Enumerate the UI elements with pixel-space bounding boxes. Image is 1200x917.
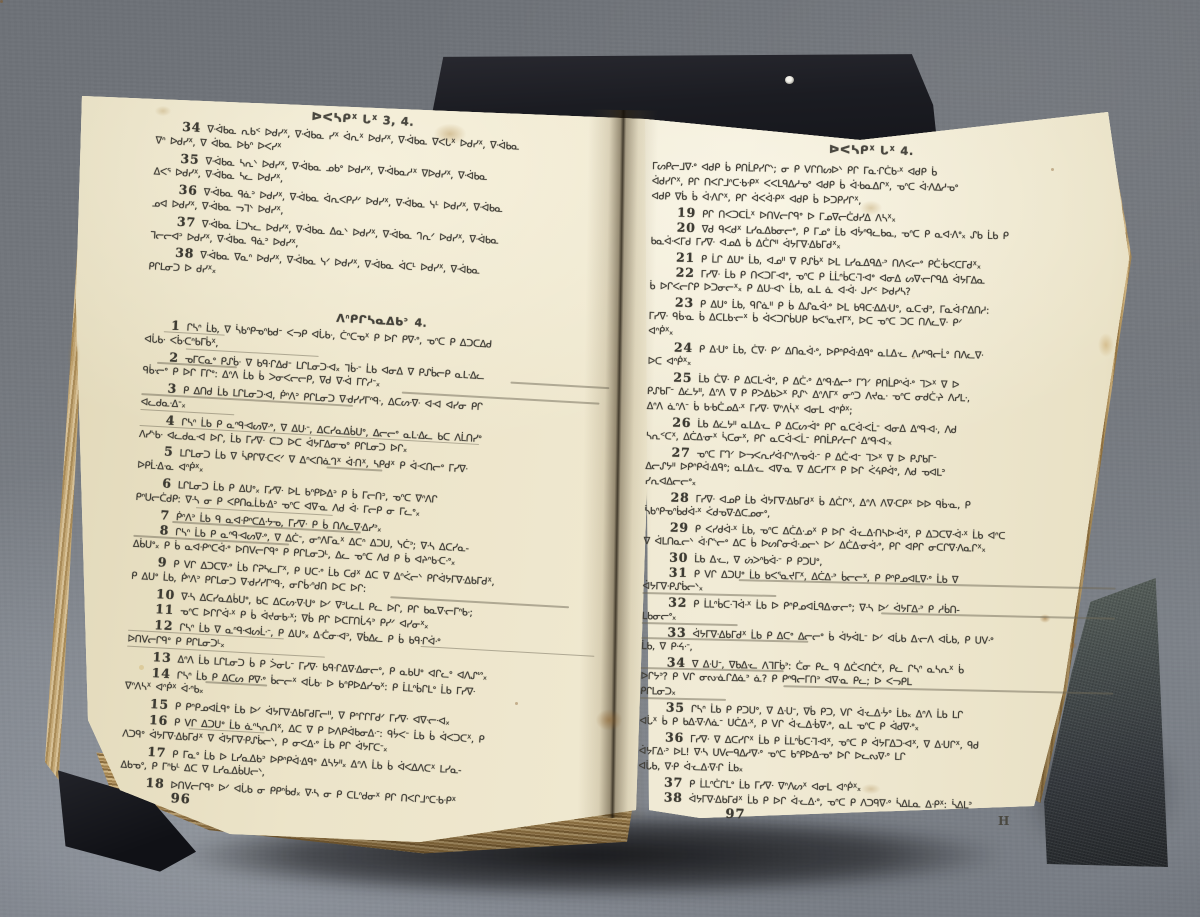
page-stain	[592, 706, 626, 734]
foxing-spots	[0, 0, 3, 3]
left-page-lines: 34ᐁᐧᐋᑲᓇ ᕆᑲᑉ ᐅᑯᓯᕽ, ᐁᐧᐋᑲᓇ ᓯᕽ ᐋᕆᕽ ᐅᑯᓯᕽ, ᐁᐧᐋ…	[119, 117, 628, 815]
verse-number: 23	[675, 295, 700, 311]
verse-number: 35	[180, 150, 206, 166]
verse-number: 36	[178, 182, 204, 198]
photo-scene: ᐅᐸᓴᑭᕽ ᒐᕽ 3, 4. 34ᐁᐧᐋᑲᓇ ᕆᑲᑉ ᐅᑯᓯᕽ, ᐁᐧᐋᑲᓇ ᓯ…	[0, 0, 1200, 917]
verse-number: 13	[152, 649, 178, 665]
signature-mark: H	[998, 814, 1010, 828]
syllabics-text: ᒪᑲᓂᓕᐤ᙮	[642, 611, 676, 623]
verse-number: 31	[669, 565, 694, 581]
verse-number: 28	[670, 490, 695, 506]
verse-number: 27	[671, 445, 696, 461]
verse-number: 37	[177, 214, 203, 230]
verse-number: 32	[668, 595, 693, 611]
verse-number: 26	[672, 415, 697, 431]
syllabics-text: ᐅᑭᒫᐧᐃᐧᓇ ᐊᐢᑮᕽ᙮	[137, 460, 203, 475]
right-page-lines: ᒥᔕᑭᓕᒧᐁᐧᐤ ᐊᑯᑭ ᑳ ᑭᑎᒫᑭᓯᒋᐠ; ᓂ ᑭ ᐯᒋᑎᔕᐅᐠ ᑭᒋ ᒥᓇ…	[638, 159, 1131, 815]
syllabics-text: ᒫᑲ, ᐁ ᑭᐧᔦᐧᐨ,	[641, 641, 692, 653]
verse-number: 29	[670, 520, 695, 536]
verse-number: 36	[665, 730, 690, 746]
right-page-text: ᐅᐸᓴᑭᕽ ᒐᕽ 4. ᒥᔕᑭᓕᒧᐁᐧᐤ ᐊᑯᑭ ᑳ ᑭᑎᒫᑭᓯᒋᐠ; ᓂ ᑭ …	[637, 138, 1130, 831]
verse-number: 20	[677, 220, 702, 236]
verse-number: 16	[149, 712, 175, 728]
verse-number: 24	[674, 340, 699, 356]
syllabics-text: ᐊᒑᑲ, ᐁᐧᑭ ᐋᐧᓚᐃᐧᐁᐧᒋ ᒫᑲ᙮	[638, 761, 742, 774]
syllabics-text: ᓯᕆᐊᐃᓕᓕᐤ᙮	[645, 476, 696, 488]
verse-number: 34	[182, 119, 208, 135]
verse-number: 14	[151, 665, 177, 681]
verse-number: 5	[164, 444, 180, 460]
verse-number: 9	[158, 554, 174, 570]
verse-number: 19	[677, 205, 702, 221]
syllabics-text: ᐅᑕ ᐊᐢᑮᕽ᙮	[648, 356, 691, 368]
syllabics-text: ᐁᐢᐱᓴᕽ ᐊᐢᑮᕽ ᐋᐧᐢᑲ᙮	[125, 681, 204, 696]
page-stain	[66, 330, 82, 382]
verse-number: 38	[664, 790, 689, 806]
verse-number: 37	[664, 775, 689, 791]
verse-number: 22	[676, 265, 701, 281]
verse-number: 25	[673, 370, 698, 386]
syllabics-text: ᑭᒋᒪᓂᑐ ᐅ ᑯᓯᕽ᙮	[148, 261, 216, 276]
syllabics-text: ᑭᒋᒪᓂᑐ᙮	[640, 686, 675, 698]
left-page-text: ᐅᐸᓴᑭᕽ ᒐᕽ 3, 4. 34ᐁᐧᐋᑲᓇ ᕆᑲᑉ ᐅᑯᓯᕽ, ᐁᐧᐋᑲᓇ ᓯ…	[118, 100, 629, 829]
verse-number: 11	[155, 602, 181, 618]
verse-number: 10	[156, 586, 182, 602]
cover-reflection-dot	[785, 76, 794, 84]
verse-number: 18	[145, 775, 171, 791]
syllabics-text: ᐊᐢᑮᕽ᙮	[648, 326, 673, 338]
syllabics-text: ᓵᑲᐢᑭᓀᐢᑳᑯᐋᐧᕽ ᐹᑯᓀᐁᐧᐃᑕᓄᓂᐤ,	[644, 506, 770, 520]
verse-number: 38	[175, 245, 201, 261]
verse-number: 21	[676, 250, 701, 266]
syllabics-text: ᐊᒑᑲᐧ ᐸᑳᐧᑕᐢᑲᒥᑳᕽ,	[144, 334, 218, 349]
verse-number: 17	[147, 743, 173, 759]
verse-number: 15	[150, 696, 176, 712]
verse-number: 30	[669, 550, 694, 566]
verse-number: 6	[162, 475, 178, 491]
verse-number: 35	[666, 700, 691, 716]
